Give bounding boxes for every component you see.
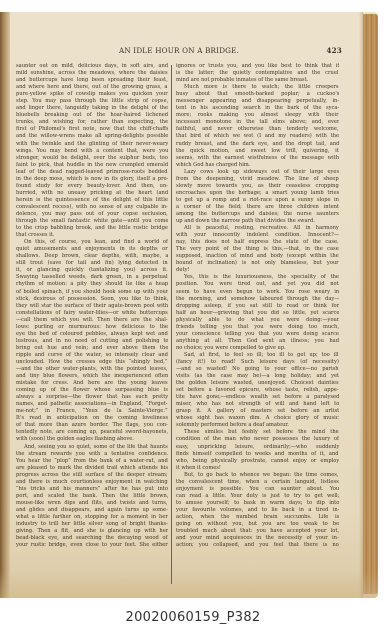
text-line: messenger appearing and disappearing per… bbox=[176, 98, 339, 105]
text-line: bead-black eye, and searching the decayi… bbox=[16, 535, 168, 542]
text-line: up and down the narrow path that divides… bbox=[176, 218, 339, 225]
text-line: miser, who has not strength of will and … bbox=[176, 401, 339, 408]
text-line: ripple and curve of the water, so intens… bbox=[16, 352, 168, 359]
text-line: trunks, and wishing for, rather than exp… bbox=[16, 119, 168, 126]
text-line: All is peaceful, resting, recreative. Al… bbox=[176, 225, 339, 232]
text-line: On this, of course, you lean, and find a… bbox=[16, 239, 168, 246]
text-line: going on without you, but you are too we… bbox=[176, 521, 339, 528]
text-line: and your mind acquiesces in the necessit… bbox=[176, 535, 339, 542]
text-line: dropping asleep, if you sat still to rea… bbox=[176, 303, 339, 310]
text-line: finds himself compelled to weeks and mon… bbox=[176, 451, 339, 458]
text-line: of that more than azure border. The flag… bbox=[16, 422, 168, 429]
text-line: stronger, would be delight, over the sul… bbox=[16, 155, 168, 162]
text-line: ruddy breast, and the dark eye, and the … bbox=[176, 141, 339, 148]
text-line: the stream rewards you with a tentative … bbox=[16, 451, 168, 458]
text-line: tite have gone;—endless wealth set befor… bbox=[176, 394, 339, 401]
text-line: rhythm of motion: a pity they should lie… bbox=[16, 281, 168, 288]
text-line: that bird of which we wot (I and my read… bbox=[176, 133, 339, 140]
text-line: among the buttercups and daisies; the nu… bbox=[176, 211, 339, 218]
text-line: a corner of the field; there are three c… bbox=[176, 204, 339, 211]
text-line: anything at all. Then God sent an illnes… bbox=[176, 338, 339, 345]
text-line: and buttercups have long been spreading … bbox=[16, 77, 168, 84]
text-line: with (soon) the golden eagles flashing a… bbox=[16, 436, 168, 443]
text-line: saunter out on mild, delicious days, in … bbox=[16, 63, 168, 70]
text-line: your rustic bridge, even close to your f… bbox=[16, 542, 168, 549]
text-line: bring out hue and vein; and ever above t… bbox=[16, 345, 168, 352]
text-line: easy, unpricking leisure, ordinarily;—wh… bbox=[176, 444, 339, 451]
text-line: it, or glancing quickly (tantalizing you… bbox=[16, 267, 168, 274]
text-line: solemnly performed before a deaf amateur… bbox=[176, 422, 339, 429]
text-line: to get up a romp and a riot-race upon a … bbox=[176, 197, 339, 204]
text-line: pure-yellow spike of cowslip makes you q… bbox=[16, 91, 168, 98]
text-line: faint to pick, that huddle in the new cr… bbox=[16, 162, 168, 169]
text-line: incessant monotone in the tall elms abov… bbox=[176, 119, 339, 126]
text-line: seems, with the earnest wistfulness of t… bbox=[176, 155, 339, 162]
text-line: still trout (save for tail and fin) lyin… bbox=[16, 260, 168, 267]
text-line: busy about that smooth-barked poplar; a … bbox=[176, 91, 339, 98]
running-head: AN IDLE HOUR ON A BRIDGE. 423 bbox=[16, 46, 342, 58]
text-line: and tiny blue flowers, which the inexper… bbox=[16, 373, 168, 380]
text-line: port, and scaled the bank. Then the litt… bbox=[16, 493, 168, 500]
text-line: —and the other water-plants, with the po… bbox=[16, 366, 168, 373]
bottom-margin-stain bbox=[0, 570, 378, 598]
book-page: AN IDLE HOUR ON A BRIDGE. 423 saunter ou… bbox=[0, 12, 378, 598]
text-line: It's read in anticipation on the coming … bbox=[16, 415, 168, 422]
text-line: step. You may pass through the little st… bbox=[16, 98, 168, 105]
text-line: who, being physically prostrate, cannot … bbox=[176, 458, 339, 465]
text-line: The very point of the thing is this,—tha… bbox=[176, 246, 339, 253]
text-line: unclouded. How the cresses edge this “sh… bbox=[16, 359, 168, 366]
page-number: 423 bbox=[326, 46, 342, 55]
text-line: tentedly note, are coming up, peaceful s… bbox=[16, 429, 168, 436]
text-line: tent in his ascending search in the bark… bbox=[176, 105, 339, 112]
text-line: your conscience telling you that you wer… bbox=[176, 331, 339, 338]
text-line: and where here and there, out of the gro… bbox=[16, 84, 168, 91]
text-line: are pleased to mark the divided trail wh… bbox=[16, 465, 168, 472]
text-line: the morning, and somehow laboured throug… bbox=[176, 296, 339, 303]
text-line: Sad, at first, to feel so ill; too ill t… bbox=[176, 352, 339, 359]
text-line: supposed, inaction of mind and body (exc… bbox=[176, 253, 339, 260]
text-line: to the crisp babbling brook, and the lit… bbox=[16, 225, 168, 232]
text-line: mouse-like wren dips and flits, and twis… bbox=[16, 500, 168, 507]
text-line: wings. You may bend with a content that,… bbox=[16, 148, 168, 155]
text-line: names, and pathetic associations—in Engl… bbox=[16, 401, 168, 408]
text-line: convalescent recess), with no sense of a… bbox=[16, 204, 168, 211]
text-line: position. You were tired out, and yet yo… bbox=[176, 281, 339, 288]
text-line: friends telling you that you were doing … bbox=[176, 324, 339, 331]
text-line: action, when the numbed brain succumbs. … bbox=[176, 514, 339, 521]
text-line: from the deepening, vivid meadow. The li… bbox=[176, 176, 339, 183]
text-line: quiet amusements and enjoyments in its d… bbox=[16, 246, 168, 253]
text-line: herein is the quintessence of the deligh… bbox=[16, 197, 168, 204]
text-line: bluebells breaking out of the hoar-haire… bbox=[16, 112, 168, 119]
text-line: which God has charged him. bbox=[176, 162, 339, 169]
text-line: ignores or trusts you, and you like best… bbox=[176, 63, 339, 70]
text-line: encroaches upon the herbage; a smart you… bbox=[176, 190, 339, 197]
text-line: Lazy cows look up sideways out of their … bbox=[176, 169, 339, 176]
text-line: slowly move towards you, as their ceasel… bbox=[176, 183, 339, 190]
left-text-column: saunter out on mild, delicious days, in … bbox=[16, 63, 168, 549]
text-line: and glides and disappears, and again tur… bbox=[16, 507, 168, 514]
text-line: through the small fantastic white gate—u… bbox=[16, 218, 168, 225]
text-line: nay, this does not half express the stat… bbox=[176, 239, 339, 246]
text-line: with the twinkle and the glinting of the… bbox=[16, 141, 168, 148]
text-line: and there is much courtionless enjoyment… bbox=[16, 479, 168, 486]
text-line: visits (as the case may be)—a long holid… bbox=[176, 373, 339, 380]
text-line: progress across the still surface of the… bbox=[16, 472, 168, 479]
text-line: me-not;” in France, “Yeux de la Sainte-V… bbox=[16, 408, 168, 415]
text-line: leaf of the dead ragged-leaved primrose-… bbox=[16, 169, 168, 176]
text-line: action; you collapsed, and you feel that… bbox=[176, 542, 339, 549]
text-line: (fancy it!) to read! Such leisure days (… bbox=[176, 359, 339, 366]
text-line: your favourite volumes, and to lie back … bbox=[176, 507, 339, 514]
text-line: coming up of the flower whose surpassing… bbox=[16, 387, 168, 394]
text-line: eye the bed of coloured pebbles, always … bbox=[16, 331, 168, 338]
text-line: in the deep moss, which is now in its gl… bbox=[16, 176, 168, 183]
text-line: Much more is there to watch; the little … bbox=[176, 84, 339, 91]
text-line: and the willow-wrens make all spring-del… bbox=[16, 133, 168, 140]
text-line: first of Philomel's first note, now that… bbox=[16, 126, 168, 133]
text-line: can read a little. Your duty is just to … bbox=[176, 493, 339, 500]
text-line: is the latter; the quietly contemplative… bbox=[176, 70, 339, 77]
text-line: of boiled spinach, if you should hook so… bbox=[16, 289, 168, 296]
text-line: But, to go back to whence we began: the … bbox=[176, 472, 339, 479]
text-line: Swaying tasselled weeds, dark green, in … bbox=[16, 274, 168, 281]
text-line: the quick motion, and sweet low trill, q… bbox=[176, 148, 339, 155]
text-line: —and so wasted! No going to your office—… bbox=[176, 366, 339, 373]
text-line: And, seeing you so quiet, some of the li… bbox=[16, 444, 168, 451]
text-line: and linger there, languidly taking in th… bbox=[16, 105, 168, 112]
text-line: giving. Then a flit, and she is glancing… bbox=[16, 528, 168, 535]
running-head-title: AN IDLE HOUR ON A BRIDGE. bbox=[16, 46, 342, 55]
text-line: troubled much about that: you have accep… bbox=[176, 528, 339, 535]
text-line: seem to have even begun to work. You ros… bbox=[176, 289, 339, 296]
text-line: they will star the surface of their agat… bbox=[16, 303, 168, 310]
text-line: what a little farther on, stopping for a… bbox=[16, 514, 168, 521]
binding-shadow bbox=[0, 12, 10, 598]
text-line: “his tricks and his manners” after he ha… bbox=[16, 486, 168, 493]
text-line: bound of inclination) is not only blamel… bbox=[176, 260, 339, 267]
text-line: no choice; you were compelled to give up… bbox=[176, 345, 339, 352]
text-line: dolence, you may pass out of your copse … bbox=[16, 211, 168, 218]
text-line: stick, desirous of possession. Soon, you… bbox=[16, 296, 168, 303]
text-line: lows: purling or murmurous: how deliciou… bbox=[16, 324, 168, 331]
text-line: duty! bbox=[176, 267, 339, 274]
text-line: Yes, this is the luxuriousness, the spec… bbox=[176, 274, 339, 281]
text-line: the golden leisure wasted, unenjoyed. Ch… bbox=[176, 380, 339, 387]
right-text-column: ignores or trusts you, and you like best… bbox=[176, 63, 339, 549]
page-edges bbox=[363, 14, 378, 594]
text-line: more; rooks making you almost sleepy wit… bbox=[176, 112, 339, 119]
text-line: grasp it. A gallery of masters set befor… bbox=[176, 408, 339, 415]
text-line: it when it comes! bbox=[176, 465, 339, 472]
text-line: mild sunshine, across the meadows, where… bbox=[16, 70, 168, 77]
text-line: enjoyment is possible. You can saunter a… bbox=[176, 486, 339, 493]
column-divider bbox=[171, 65, 172, 584]
text-line: set before a favored epicure, whose tast… bbox=[176, 387, 339, 394]
text-line: mistake for cress. And here are the youn… bbox=[16, 380, 168, 387]
text-line: shallows. Deep brown, clear depths, with… bbox=[16, 253, 168, 260]
text-line: faithful, and never otherwise than tende… bbox=[176, 126, 339, 133]
text-line: whose sight has waxen dim. A choice glor… bbox=[176, 415, 339, 422]
text-line: with your innocently indolent condition.… bbox=[176, 232, 339, 239]
text-line: found study for every beauty-lover. And … bbox=[16, 183, 168, 190]
text-line: mind are not probable inmates of the sam… bbox=[176, 77, 339, 84]
text-line: constellations of fairy water-lilies—or … bbox=[16, 310, 168, 317]
text-line: that crosses it. bbox=[16, 232, 168, 239]
text-line: hurried, with no uneasy pricking at the … bbox=[16, 190, 168, 197]
text-line: These similes but feebly set before the … bbox=[176, 429, 339, 436]
text-line: lustrous, and in no need of cutting and … bbox=[16, 338, 168, 345]
text-line: half an hour—grieving that you did so li… bbox=[176, 310, 339, 317]
text-line: —call them which you will. Then there ar… bbox=[16, 317, 168, 324]
text-line: condition of the man who never possesses… bbox=[176, 436, 339, 443]
image-caption: 20020060159_P382 bbox=[0, 610, 386, 625]
text-line: the convalescent time, when a certain la… bbox=[176, 479, 339, 486]
text-line: You hear the “plop” from the bank of a w… bbox=[16, 458, 168, 465]
text-line: to amuse yourself; to bask in warm days;… bbox=[176, 500, 339, 507]
text-line: always a surprise—the flower that has su… bbox=[16, 394, 168, 401]
text-line: industry to trill her little silver song… bbox=[16, 521, 168, 528]
text-line: physically able to do what you were doin… bbox=[176, 317, 339, 324]
